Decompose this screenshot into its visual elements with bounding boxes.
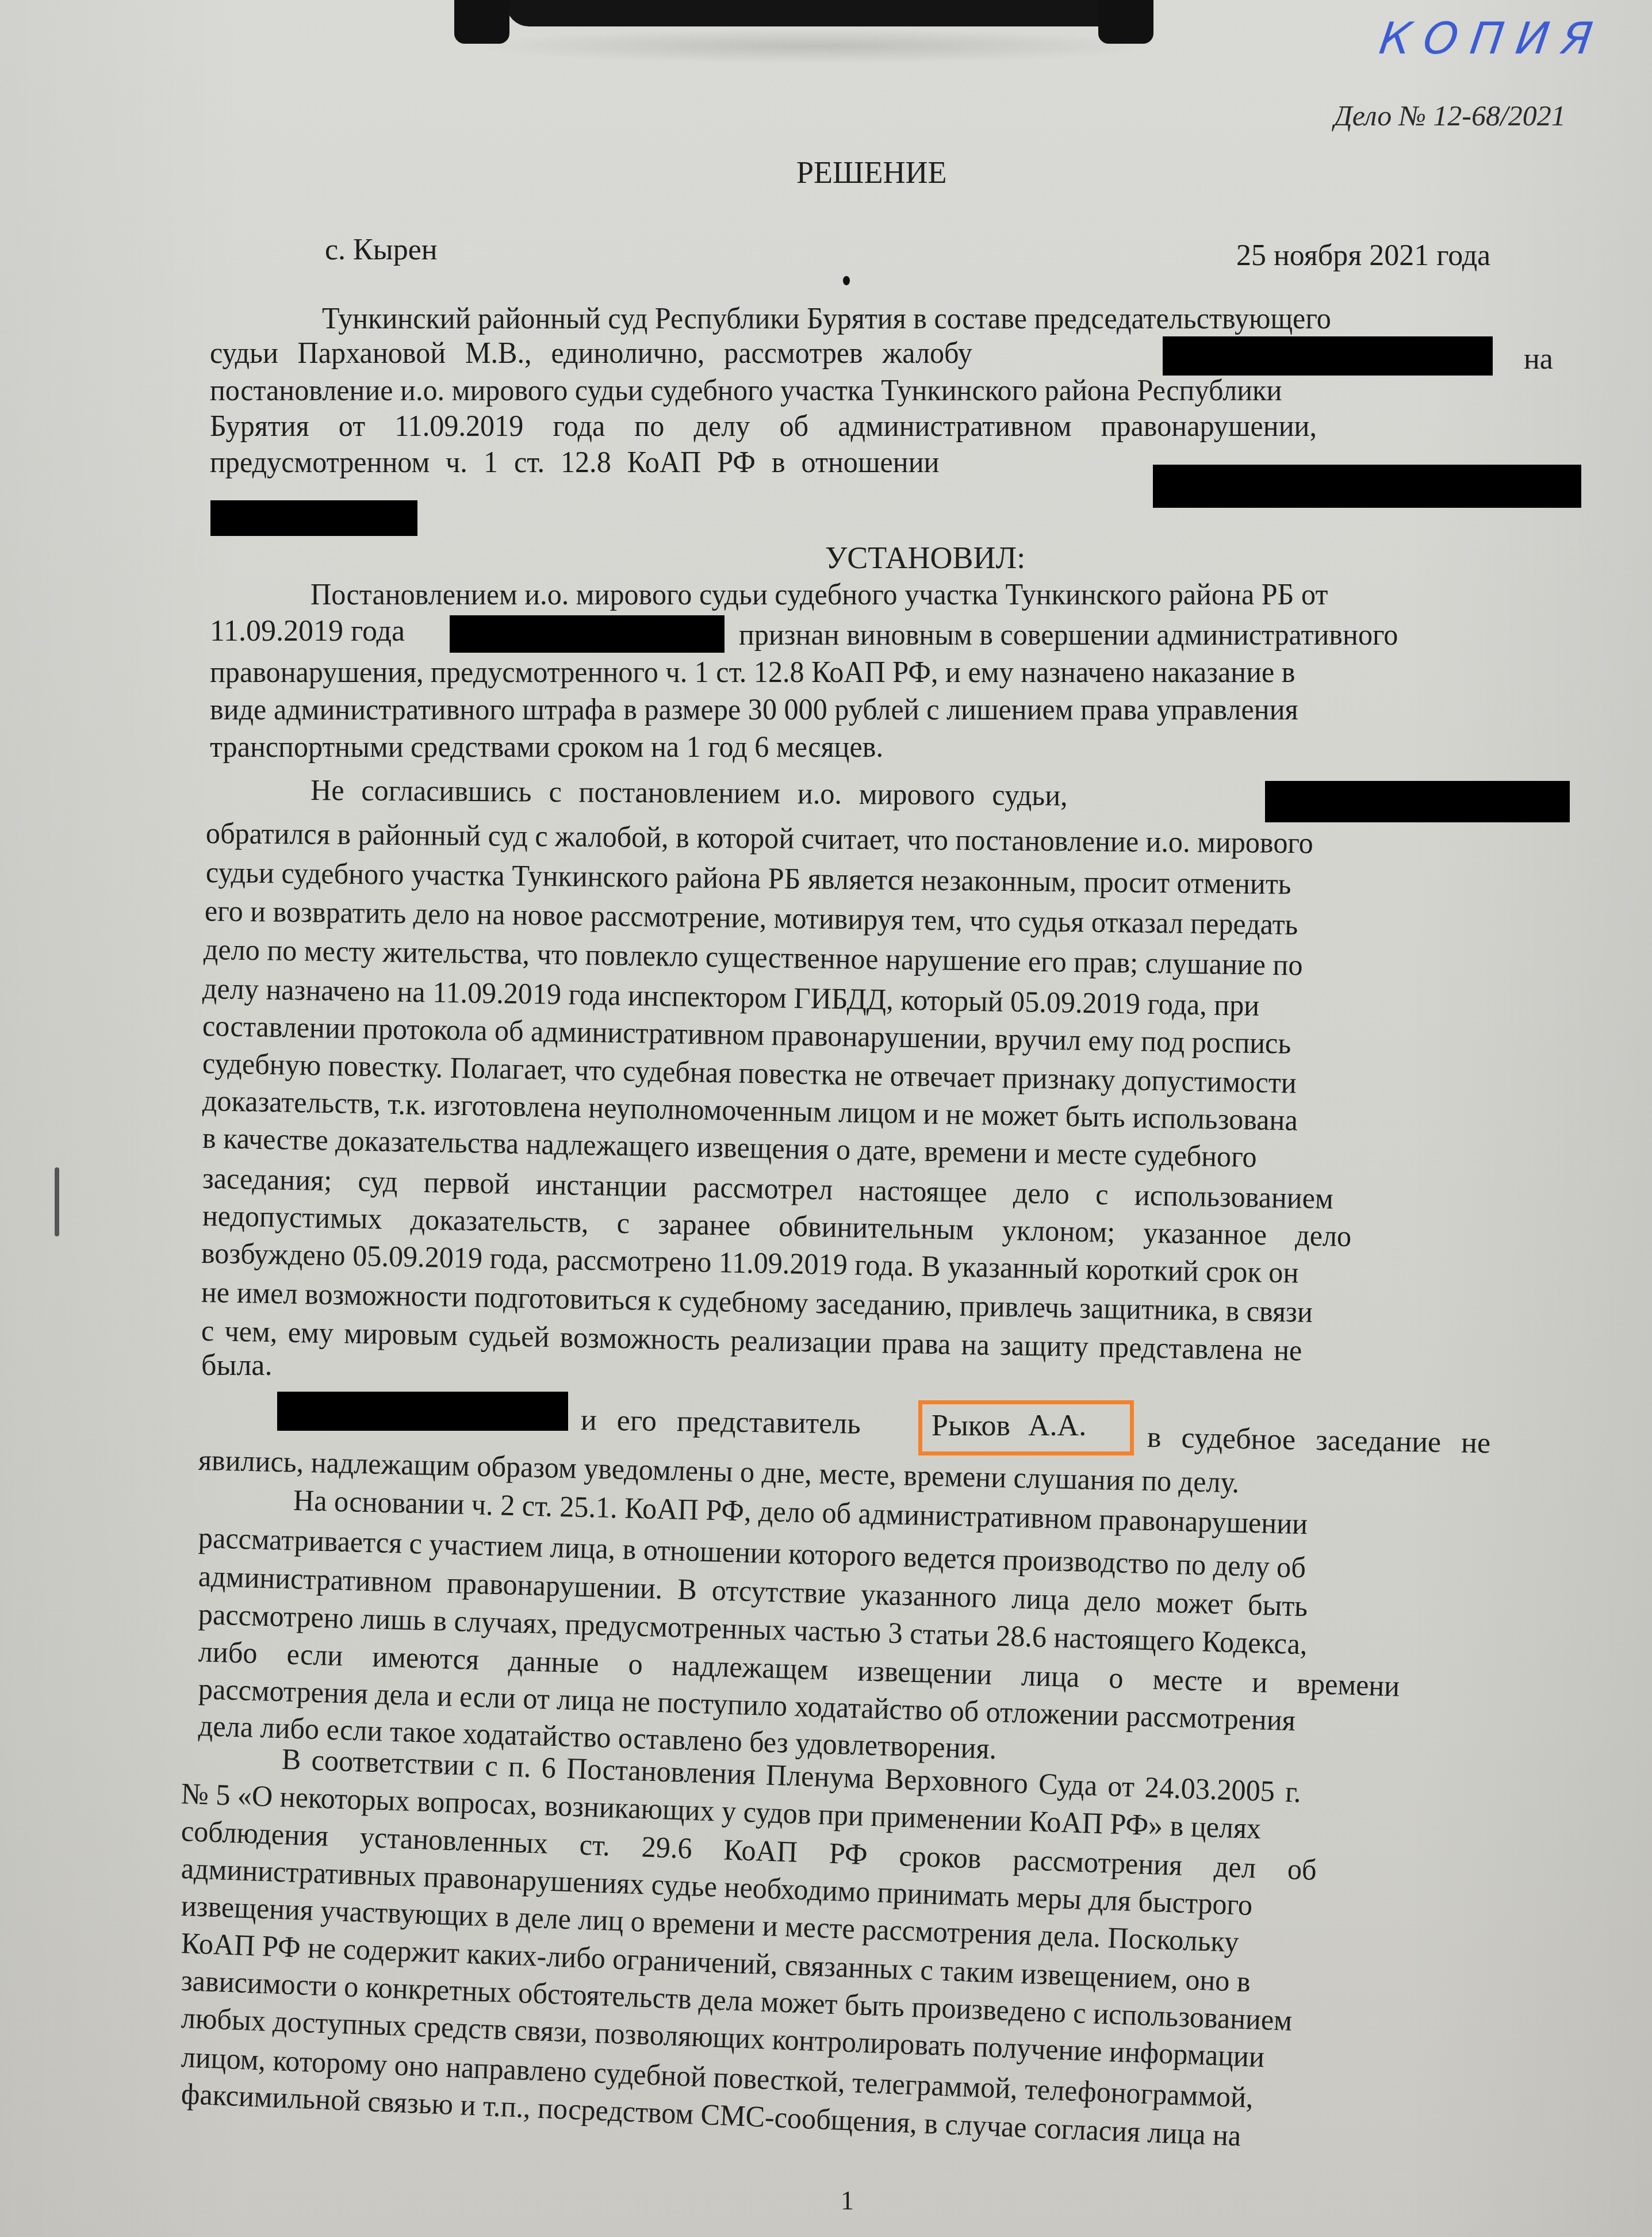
- place: с. Кырен: [325, 233, 438, 267]
- para1-line: Постановлением и.о. мирового судьи судеб…: [311, 578, 1328, 612]
- binder-clip-shadow: [472, 29, 1162, 63]
- binder-clip-right-end: [1098, 0, 1153, 44]
- page-number: 1: [841, 2185, 854, 2216]
- para2-line: была.: [201, 1349, 272, 1383]
- intro-line: на: [1524, 342, 1553, 377]
- intro-line: судьи Пархановой М.В., единолично, рассм…: [210, 336, 972, 371]
- para2-line: обратился в районный суд с жалобой, в ко…: [206, 817, 1313, 861]
- para1-line: транспортными средствами сроком на 1 год…: [210, 730, 883, 765]
- redaction-box: [277, 1392, 568, 1431]
- intro-line: постановление и.о. мирового судьи судебн…: [210, 374, 1282, 408]
- para1-line: виде административного штрафа в размере …: [210, 693, 1298, 727]
- para2-line: Не согласившись с постановлением и.о. ми…: [311, 773, 1068, 814]
- case-number: Дело № 12-68/2021: [1334, 99, 1566, 132]
- para2-line: судьи судебного участка Тункинского райо…: [206, 856, 1291, 902]
- para3-text: в судебное заседание не: [1147, 1420, 1490, 1461]
- redaction-box: [1153, 465, 1581, 508]
- intro-line: Тункинский районный суд Республики Бурят…: [322, 302, 1331, 336]
- binder-clip: [506, 0, 1139, 26]
- para3-text: и его представитель: [581, 1403, 861, 1442]
- section-heading: УСТАНОВИЛ:: [825, 541, 1025, 575]
- binder-clip-left-end: [454, 0, 509, 44]
- margin-pencil-mark: [55, 1167, 59, 1236]
- document-title: РЕШЕНИЕ: [796, 155, 946, 190]
- para1-line: признан виновным в совершении администра…: [739, 618, 1398, 653]
- decision-date: 25 ноября 2021 года: [1236, 239, 1490, 273]
- redaction-box: [1163, 336, 1493, 376]
- ink-dot: [843, 276, 850, 285]
- copy-stamp: КОПИЯ: [1377, 13, 1608, 64]
- intro-line: предусмотренном ч. 1 ст. 12.8 КоАП РФ в …: [210, 446, 939, 480]
- para1-line: правонарушения, предусмотренного ч. 1 ст…: [210, 656, 1295, 690]
- redaction-box: [210, 500, 417, 536]
- representative-name: Рыков А.А.: [932, 1409, 1086, 1443]
- redaction-box: [1265, 781, 1570, 822]
- para1-line: 11.09.2019 года: [210, 614, 405, 649]
- redaction-box: [450, 615, 725, 653]
- intro-line: Бурятия от 11.09.2019 года по делу об ад…: [210, 409, 1317, 444]
